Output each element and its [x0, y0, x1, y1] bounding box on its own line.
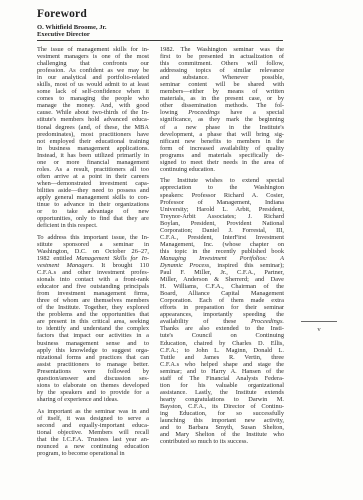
text-line: vestment managers is one of the most: [37, 53, 149, 60]
book-page: Foreword O. Whitfield Broome, Jr. Execut…: [0, 0, 363, 500]
text-line: Management, Inc. (whose chapter on: [160, 241, 284, 248]
text-line: in business management applications.: [37, 145, 149, 152]
text-line: comes to managing the people who: [37, 95, 149, 102]
text-line: and to Barbara Smyth, Susan Shelton,: [160, 424, 284, 431]
text-line: The Institute wishes to extend special: [160, 177, 284, 184]
text-line: to identify and understand the complex: [37, 325, 149, 332]
text-line: seminar content will be shared with: [160, 81, 284, 88]
text-line: 1982 entitled Management Skills for In-: [37, 255, 149, 262]
text-line: often arrive at a point in their careers: [37, 173, 149, 180]
text-line: To address this important issue, the In-: [37, 234, 149, 241]
text-line: by the speakers and to provide for a: [37, 389, 149, 396]
text-line: of the Institute. Together, they explore…: [37, 304, 149, 311]
text-line: skills, most of us would admit to at lea…: [37, 81, 149, 88]
text-line: C.F.A., President, InterFirst Investment: [160, 234, 284, 241]
paragraph: The Institute wishes to extend specialap…: [160, 177, 284, 445]
author-name: O. Whitfield Broome, Jr.: [37, 24, 106, 31]
text-line: staff of The Financial Analysts Federa-: [160, 375, 284, 382]
text-line: roles. As a result, practitioners all to…: [37, 166, 149, 173]
text-line: that the I.C.F.A. Trustees last year an-: [37, 436, 149, 443]
text-line: when—demonstrated investment capa-: [37, 180, 149, 187]
text-line: development, a phase that will bring sig…: [160, 131, 284, 138]
text-line: Presentations were followed by: [37, 368, 149, 375]
text-line: Dynamic Process, inspired this seminar);: [160, 262, 284, 269]
text-line: contributed so much to its success.: [160, 438, 284, 445]
text-line: of itself, it was designed to serve a: [37, 415, 149, 422]
text-line: deficient in this respect.: [37, 222, 149, 229]
text-line: materials, as in the present case, or by: [160, 95, 284, 102]
text-line: cause. While about two-thirds of the In-: [37, 109, 149, 116]
text-line: C.F.A.s and other investment profes-: [37, 269, 149, 276]
page-title: Foreword: [37, 8, 106, 20]
text-line: members—either by means of written: [160, 88, 284, 95]
body-text: The issue of management skills for in-ve…: [37, 46, 284, 457]
page-number-rule: [301, 321, 337, 322]
text-line: apply this knowledge to suggest orga-: [37, 347, 149, 354]
text-line: educator and five outstanding principals: [37, 283, 149, 290]
paragraph: To address this important issue, the In-…: [37, 234, 149, 403]
text-line: predominates), most practitioners have: [37, 131, 149, 138]
text-line: C.F.A.s who helped shape and stage the: [160, 361, 284, 368]
text-line: the problems and the opportunities that: [37, 311, 149, 318]
text-line: appearances, importantly speeding the: [160, 311, 284, 318]
paragraph: 1982. The Washington seminar was thefirs…: [160, 46, 284, 173]
text-line: vestment Managers. It brought 110: [37, 262, 149, 269]
text-line: Treynor-Arbit Associates; J. Richard: [160, 213, 284, 220]
text-line: tional objective. Members will recall: [37, 429, 149, 436]
author-role: Executive Director: [37, 31, 106, 38]
text-line: from investment management firms,: [37, 290, 149, 297]
text-line: Instead, it has been utilized primarily …: [37, 152, 149, 159]
text-line: Education, chaired by Charles D. Ellis,: [160, 340, 284, 347]
text-line: bilities aside—they need to possess and: [37, 187, 149, 194]
text-line: ing Education, for so successfully: [160, 410, 284, 417]
text-line: some lack of self-confidence when it: [37, 88, 149, 95]
text-line: of a new phase in the Institute's: [160, 124, 284, 131]
text-line: apply general management skills to con-: [37, 194, 149, 201]
text-line: nizational forms and practices that can: [37, 354, 149, 361]
text-line: in our analytical and portfolio-related: [37, 74, 149, 81]
paragraph: As important as the seminar was in andof…: [37, 408, 149, 457]
left-text-column: The issue of management skills for in-ve…: [37, 46, 149, 457]
text-line: significance, as they mark the beginning: [160, 116, 284, 123]
text-line: The issue of management skills for in-: [37, 46, 149, 53]
text-line: program, to become operational in: [37, 450, 149, 457]
text-line: tion for his valuable organizational: [160, 382, 284, 389]
text-line: form of increased availability of qualit…: [160, 145, 284, 152]
text-line: sions to elaborate on themes developed: [37, 382, 149, 389]
text-line: tinue to advance in their organizations: [37, 201, 149, 208]
text-line: H. Williams, C.F.A., Chairman of the: [160, 283, 284, 290]
text-line: not employed their educational training: [37, 138, 149, 145]
text-line: profession. As confident as we may be: [37, 67, 149, 74]
text-line: launching this important new activity,: [160, 417, 284, 424]
text-line: As important as the seminar was in and: [37, 408, 149, 415]
text-line: assistance. Lastly, the Institute extend…: [160, 389, 284, 396]
text-line: efforts in preparation for their seminar: [160, 304, 284, 311]
text-line: lowing Proceedings have a special: [160, 109, 284, 116]
text-line: nificant new benefits to members in the: [160, 138, 284, 145]
page-header: Foreword O. Whitfield Broome, Jr. Execut…: [37, 8, 106, 38]
text-line: assist practitioners to manage better.: [37, 361, 149, 368]
text-line: challenging that confronts our: [37, 60, 149, 67]
text-line: Corporation; Daniel J. Forrestal, III,: [160, 227, 284, 234]
text-line: and substance. Whenever possible,: [160, 74, 284, 81]
page-number-block: v: [301, 321, 337, 333]
text-line: manage the money. And, with good: [37, 102, 149, 109]
text-line: second and equally-important educa-: [37, 422, 149, 429]
text-line: tute's Council on Continuing: [160, 332, 284, 339]
text-line: University; Harold L. Arbit, President,: [160, 206, 284, 213]
text-line: seminar; and to Harry A. Hansen of the: [160, 368, 284, 375]
text-line: Managing Investment Portfolios: A: [160, 255, 284, 262]
text-line: one or more financial management: [37, 159, 149, 166]
text-line: stitute sponsored a seminar in: [37, 241, 149, 248]
text-line: opportunities, only to find that they ar…: [37, 215, 149, 222]
text-line: tional degrees (and, of these, the MBA: [37, 124, 149, 131]
text-line: sharing of experience and ideas.: [37, 396, 149, 403]
text-line: stitute's members hold advanced educa-: [37, 116, 149, 123]
text-line: Paul F. Miller, Jr., C.F.A., Partner,: [160, 269, 284, 276]
header-divider-rule: [37, 40, 283, 41]
text-line: nounced a new continuing education: [37, 443, 149, 450]
paragraph: The issue of management skills for in-ve…: [37, 46, 149, 229]
text-line: this commitment. Others will follow,: [160, 60, 284, 67]
text-line: or to take advantage of new: [37, 208, 149, 215]
text-line: question/answer and discussion ses-: [37, 375, 149, 382]
text-line: factors that impact our activities in a: [37, 332, 149, 339]
text-line: Corporation. Each of them made extra: [160, 297, 284, 304]
text-line: this topic in the recently published boo…: [160, 248, 284, 255]
text-line: Board, Alliance Capital Management: [160, 290, 284, 297]
text-line: appreciation to the Washington: [160, 184, 284, 191]
text-line: programs and materials specifically de-: [160, 152, 284, 159]
text-line: three of whom are themselves members: [37, 297, 149, 304]
text-line: other dissemination methods. The fol-: [160, 102, 284, 109]
text-line: business management sense and to: [37, 340, 149, 347]
text-line: addressing topics of similar relevance: [160, 67, 284, 74]
text-line: 1982. The Washington seminar was the: [160, 46, 284, 53]
text-line: speakers: Professor Richard A. Cosier,: [160, 192, 284, 199]
text-line: Professor of Management, Indiana: [160, 199, 284, 206]
text-line: and Mary Shelton of the Institute who: [160, 431, 284, 438]
page-number: v: [301, 326, 337, 333]
text-line: Bayston, C.F.A., its Director of Continu…: [160, 403, 284, 410]
text-line: Boylan, President, Provident National: [160, 220, 284, 227]
text-line: availability of these Proceedings.: [160, 318, 284, 325]
right-text-column: 1982. The Washington seminar was thefirs…: [160, 46, 284, 457]
text-line: Miller, Anderson & Sherrerd; and Dave: [160, 276, 284, 283]
text-line: hearty congratulations to Darwin M.: [160, 396, 284, 403]
text-line: Washington, D.C. on October 26–27,: [37, 248, 149, 255]
text-line: continuing education.: [160, 166, 284, 173]
text-line: first to be presented in actualization o…: [160, 53, 284, 60]
text-line: are present in this critical area, seeki…: [37, 318, 149, 325]
text-line: C.F.A.; to John L. Maginn, Donald L.: [160, 347, 284, 354]
text-line: Thanks are also extended to the Insti-: [160, 325, 284, 332]
text-line: signed to meet their needs in the area o…: [160, 159, 284, 166]
text-line: Tuttle and James R. Vertin, three: [160, 354, 284, 361]
text-line: sionals into contact with a front-rank: [37, 276, 149, 283]
